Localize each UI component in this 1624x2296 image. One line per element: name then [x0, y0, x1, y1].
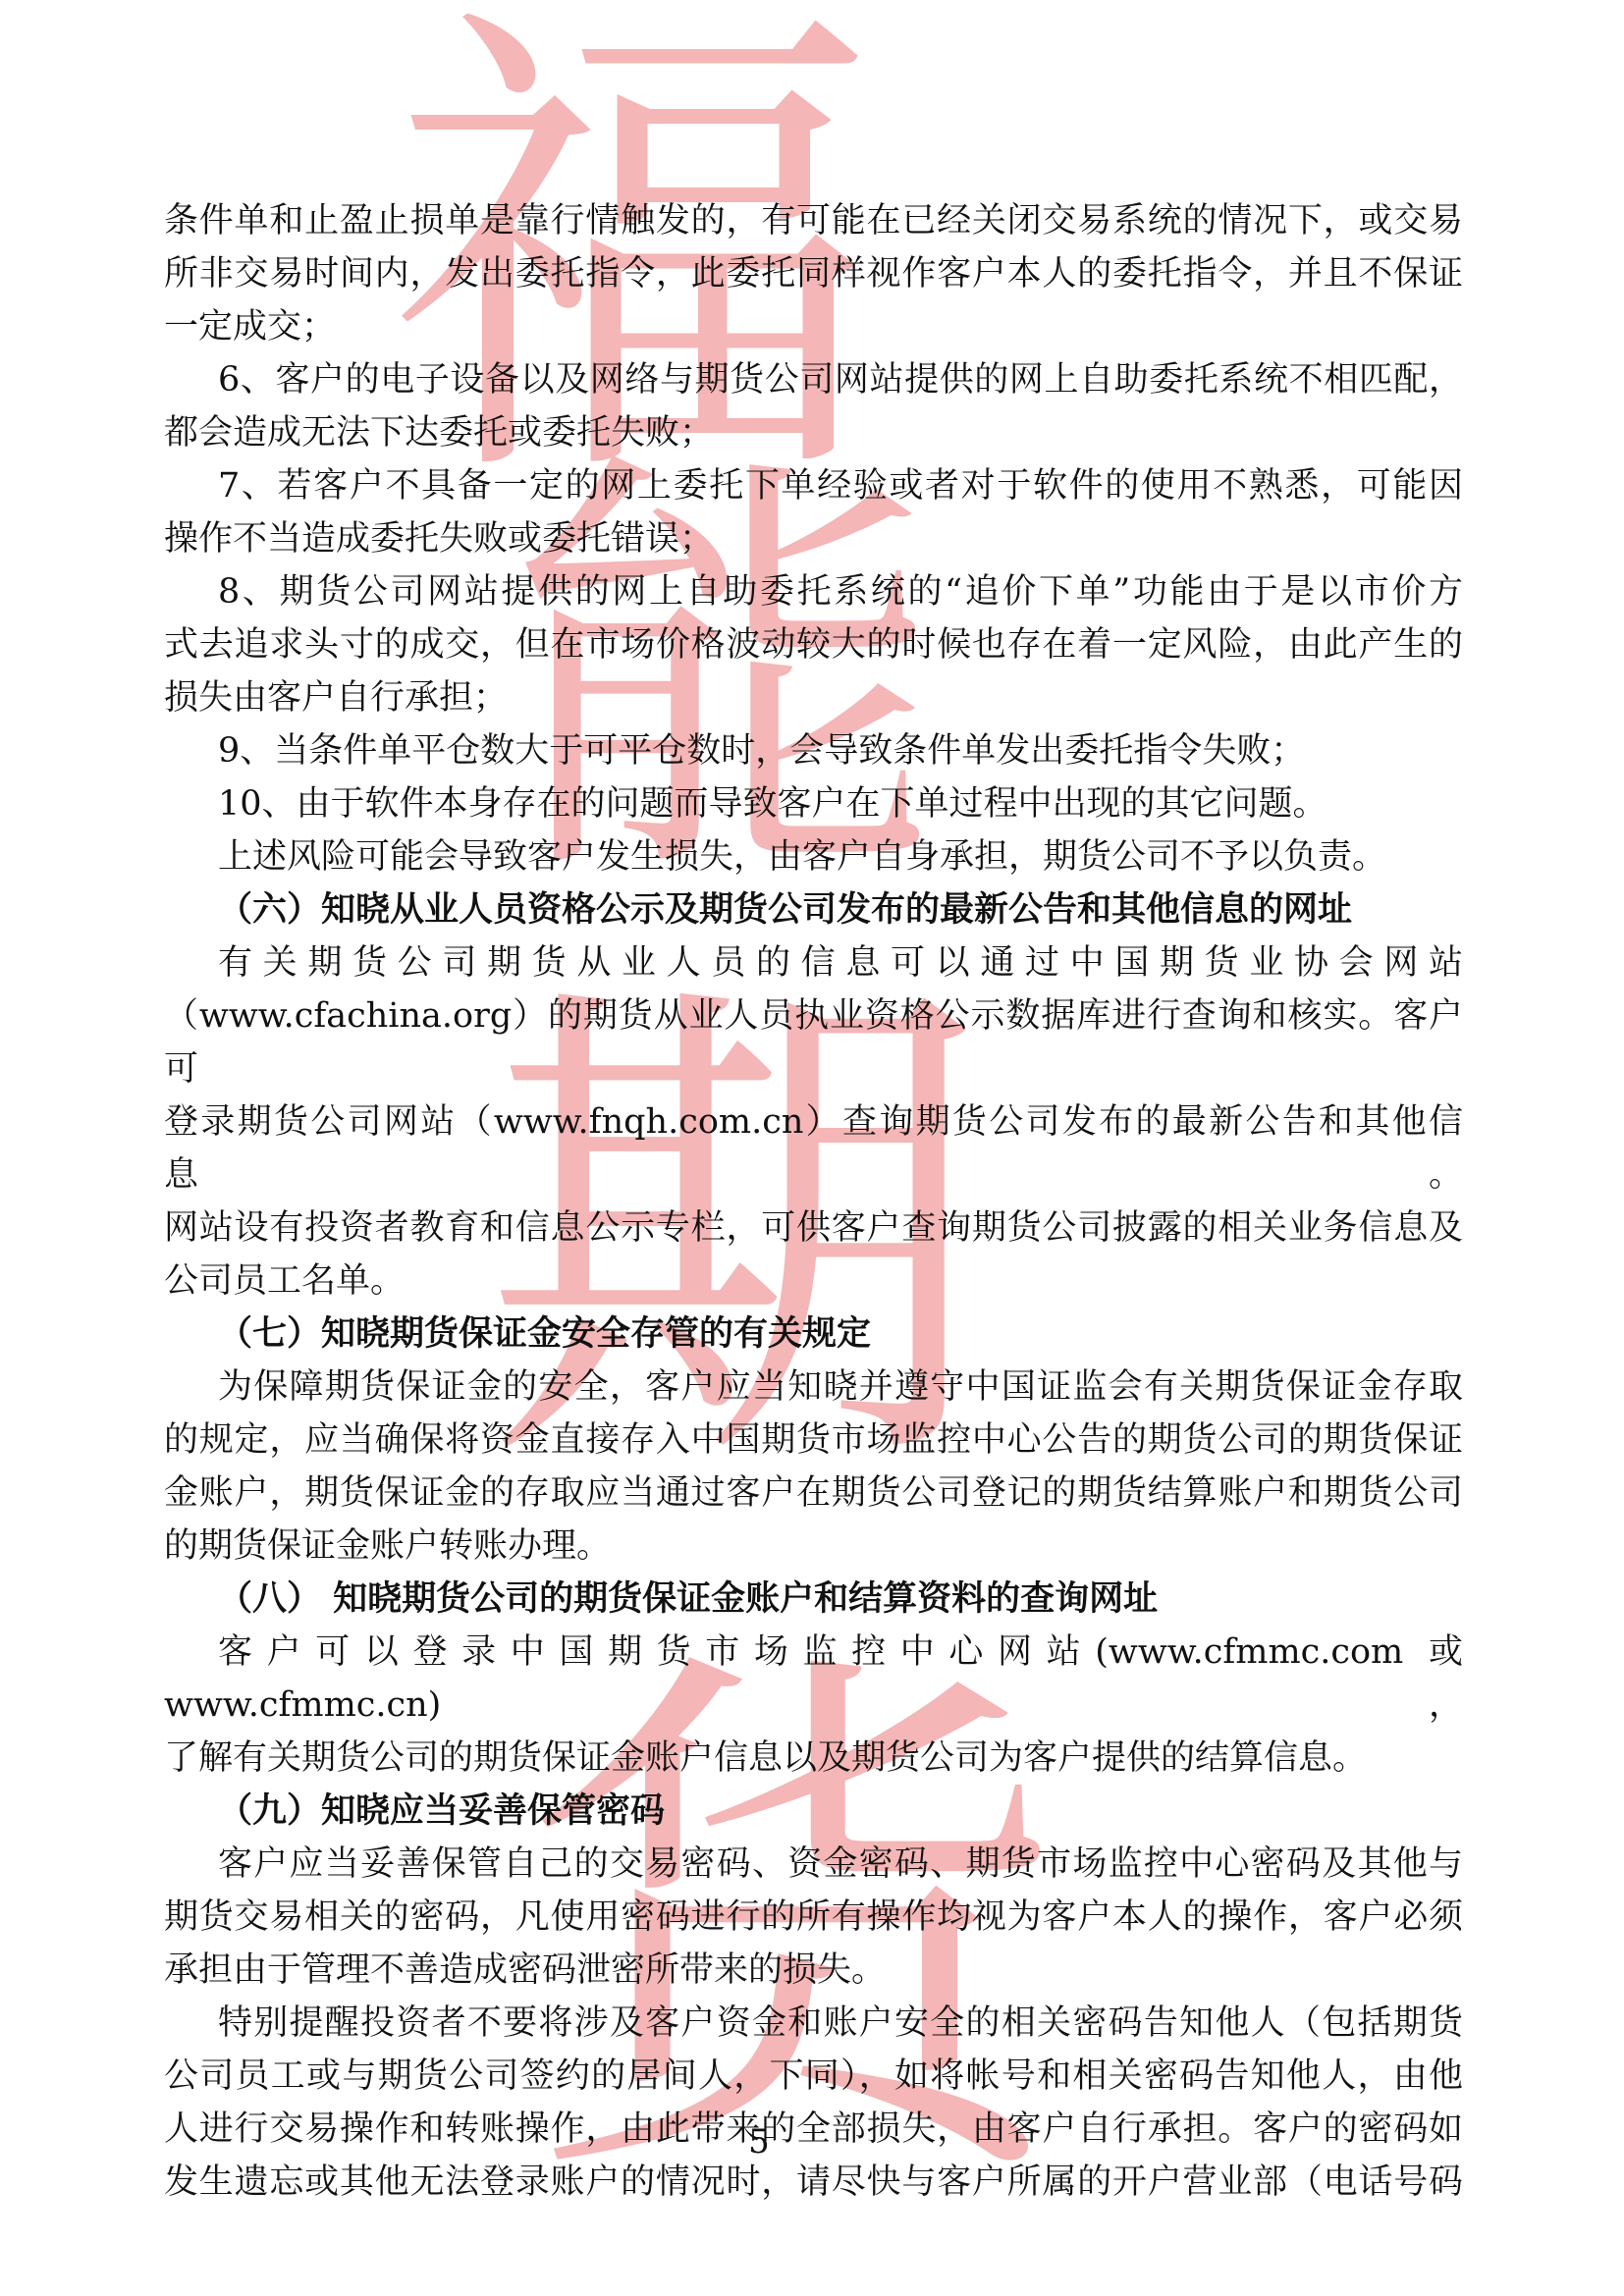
heading-section-8: （八） 知晓期货公司的期货保证金账户和结算资料的查询网址 [164, 1573, 1463, 1626]
para-section-7-body: 为保障期货保证金的安全，客户应当知晓并遵守中国证监会有关期货保证金存取的规定，应… [164, 1361, 1463, 1573]
text-line: 的规定，应当确保将资金直接存入中国期货市场监控中心公告的期货公司的期货保证 [164, 1414, 1463, 1467]
text-line: 公司员工或与期货公司签约的居间人，下同），如将帐号和相关密码告知他人，由他 [164, 2050, 1463, 2103]
text-line: 为保障期货保证金的安全，客户应当知晓并遵守中国证监会有关期货保证金存取 [164, 1361, 1463, 1414]
para-item-10: 10、由于软件本身存在的问题而导致客户在下单过程中出现的其它问题。 [164, 777, 1463, 830]
text-line: 人进行交易操作和转账操作，由此带来的全部损失，由客户自行承担。客户的密码如 [164, 2103, 1463, 2156]
heading-line: （六）知晓从业人员资格公示及期货公司发布的最新公告和其他信息的网址 [164, 883, 1463, 936]
text-line: 的期货保证金账户转账办理。 [164, 1520, 1463, 1573]
text-line: 登录期货公司网站（www.fnqh.com.cn）查询期货公司发布的最新公告和其… [164, 1095, 1463, 1201]
text-line: 损失由客户自行承担； [164, 671, 1463, 724]
para-section-9-body: 客户应当妥善保管自己的交易密码、资金密码、期货市场监控中心密码及其他与期货交易相… [164, 1838, 1463, 1997]
text-line: 都会造成无法下达委托或委托失败； [164, 406, 1463, 459]
text-line: （www.cfachina.org）的期货从业人员执业资格公示数据库进行查询和核… [164, 989, 1463, 1095]
text-line: 式去追求头寸的成交，但在市场价格波动较大的时候也存在着一定风险，由此产生的 [164, 618, 1463, 671]
text-line: 发生遗忘或其他无法登录账户的情况时，请尽快与客户所属的开户营业部（电话号码 [164, 2156, 1463, 2209]
para-item-7: 7、若客户不具备一定的网上委托下单经验或者对于软件的使用不熟悉，可能因操作不当造… [164, 459, 1463, 565]
para-item-9: 9、当条件单平仓数大于可平仓数时，会导致条件单发出委托指令失败； [164, 724, 1463, 777]
para-section-6-body: 有关期货公司期货从业人员的信息可以通过中国期货业协会网站（www.cfachin… [164, 936, 1463, 1308]
text-line: 操作不当造成委托失败或委托错误； [164, 512, 1463, 565]
text-line: 10、由于软件本身存在的问题而导致客户在下单过程中出现的其它问题。 [164, 777, 1463, 830]
heading-section-9: （九）知晓应当妥善保管密码 [164, 1785, 1463, 1838]
text-line: 公司员工名单。 [164, 1255, 1463, 1308]
text-line: 8、期货公司网站提供的网上自助委托系统的“追价下单”功能由于是以市价方 [164, 565, 1463, 618]
text-line: 7、若客户不具备一定的网上委托下单经验或者对于软件的使用不熟悉，可能因 [164, 459, 1463, 512]
text-line: 上述风险可能会导致客户发生损失，由客户自身承担，期货公司不予以负责。 [164, 830, 1463, 883]
heading-section-7: （七）知晓期货保证金安全存管的有关规定 [164, 1308, 1463, 1361]
text-line: 网站设有投资者教育和信息公示专栏，可供客户查询期货公司披露的相关业务信息及 [164, 1201, 1463, 1255]
text-line: 条件单和止盈止损单是靠行情触发的，有可能在已经关闭交易系统的情况下，或交易 [164, 194, 1463, 247]
para-password-warning: 特别提醒投资者不要将涉及客户资金和账户安全的相关密码告知他人（包括期货公司员工或… [164, 1997, 1463, 2209]
text-line: 客户应当妥善保管自己的交易密码、资金密码、期货市场监控中心密码及其他与 [164, 1838, 1463, 1891]
text-line: 特别提醒投资者不要将涉及客户资金和账户安全的相关密码告知他人（包括期货 [164, 1997, 1463, 2050]
heading-line: （七）知晓期货保证金安全存管的有关规定 [164, 1308, 1463, 1361]
para-continued-trigger-order-risk: 条件单和止盈止损单是靠行情触发的，有可能在已经关闭交易系统的情况下，或交易所非交… [164, 194, 1463, 353]
text-line: 所非交易时间内，发出委托指令，此委托同样视作客户本人的委托指令，并且不保证 [164, 247, 1463, 300]
heading-line: （九）知晓应当妥善保管密码 [164, 1785, 1463, 1838]
para-risk-summary: 上述风险可能会导致客户发生损失，由客户自身承担，期货公司不予以负责。 [164, 830, 1463, 883]
para-section-8-body: 客户可以登录中国期货市场监控中心网站(www.cfmmc.com 或 www.c… [164, 1626, 1463, 1785]
text-line: 一定成交； [164, 300, 1463, 353]
text-line: 了解有关期货公司的期货保证金账户信息以及期货公司为客户提供的结算信息。 [164, 1732, 1463, 1785]
para-item-8: 8、期货公司网站提供的网上自助委托系统的“追价下单”功能由于是以市价方式去追求头… [164, 565, 1463, 724]
text-line: 9、当条件单平仓数大于可平仓数时，会导致条件单发出委托指令失败； [164, 724, 1463, 777]
para-item-6: 6、客户的电子设备以及网络与期货公司网站提供的网上自助委托系统不相匹配，都会造成… [164, 353, 1463, 459]
document-page: 福能期货 条件单和止盈止损单是靠行情触发的，有可能在已经关闭交易系统的情况下，或… [0, 0, 1624, 2296]
heading-line: （八） 知晓期货公司的期货保证金账户和结算资料的查询网址 [164, 1573, 1463, 1626]
text-line: 期货交易相关的密码，凡使用密码进行的所有操作均视为客户本人的操作，客户必须 [164, 1891, 1463, 1944]
text-line: 客户可以登录中国期货市场监控中心网站(www.cfmmc.com 或 www.c… [164, 1626, 1463, 1732]
page-number: 5 [741, 2122, 777, 2162]
text-line: 6、客户的电子设备以及网络与期货公司网站提供的网上自助委托系统不相匹配， [164, 353, 1463, 406]
heading-section-6: （六）知晓从业人员资格公示及期货公司发布的最新公告和其他信息的网址 [164, 883, 1463, 936]
text-line: 有关期货公司期货从业人员的信息可以通过中国期货业协会网站 [164, 936, 1463, 989]
text-line: 金账户，期货保证金的存取应当通过客户在期货公司登记的期货结算账户和期货公司 [164, 1467, 1463, 1520]
document-content: 条件单和止盈止损单是靠行情触发的，有可能在已经关闭交易系统的情况下，或交易所非交… [164, 194, 1463, 2209]
text-line: 承担由于管理不善造成密码泄密所带来的损失。 [164, 1944, 1463, 1997]
